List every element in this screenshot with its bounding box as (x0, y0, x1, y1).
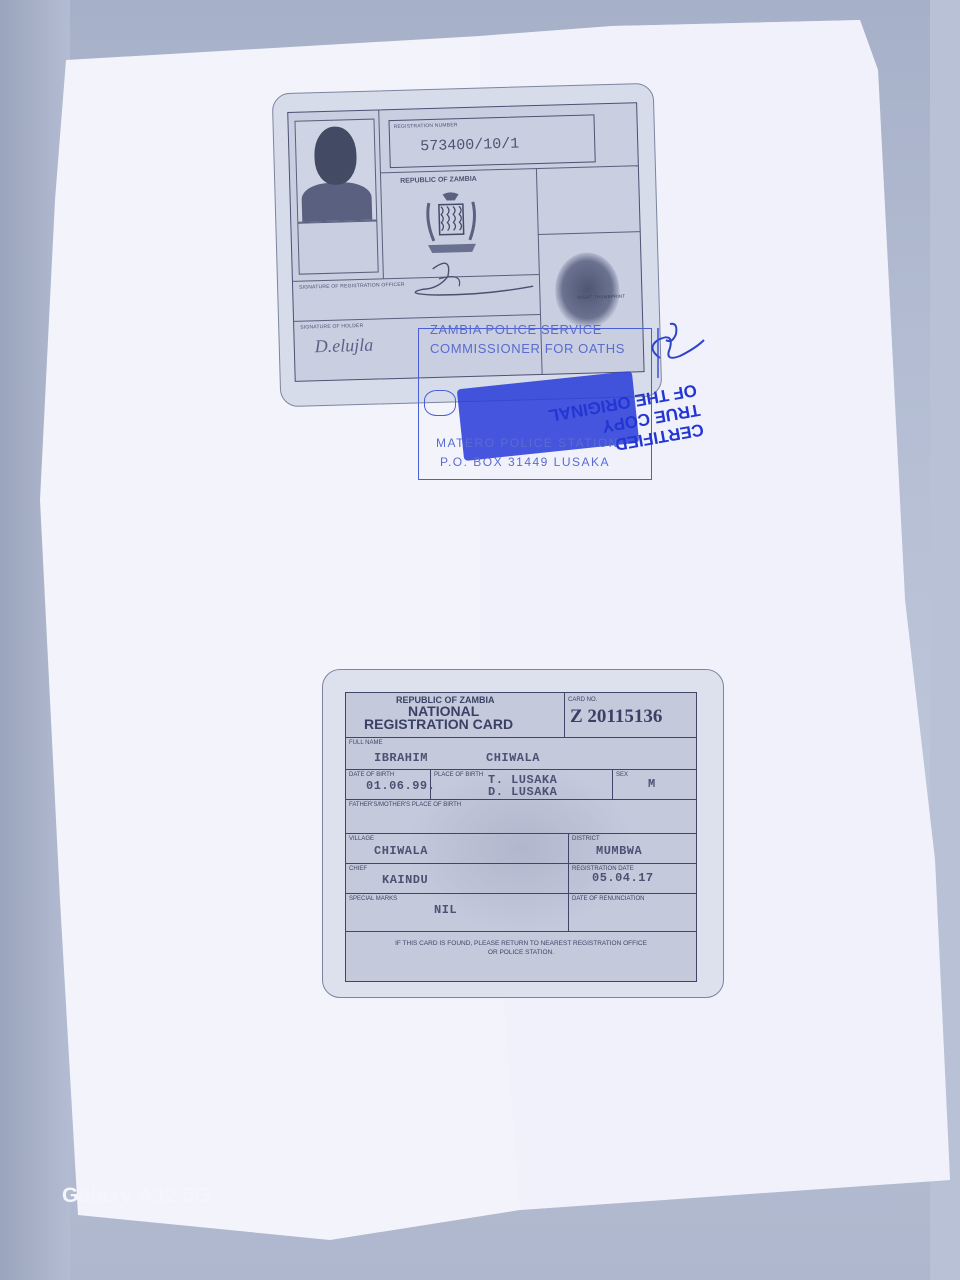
nrc-front-copy: REPUBLIC OF ZAMBIA NATIONAL REGISTRATION… (322, 669, 724, 998)
surname: CHIWALA (486, 751, 540, 765)
stamp-line-3: MATERO POLICE STATION (436, 436, 619, 450)
coat-of-arms-icon (420, 190, 482, 258)
divider (346, 737, 696, 738)
thumbprint (554, 252, 620, 328)
chief-label: CHIEF (349, 866, 367, 872)
stamp-line-4: P.O. BOX 31449 LUSAKA (440, 455, 610, 469)
registration-date: 05.04.17 (592, 871, 654, 885)
village-label: VILLAGE (349, 836, 374, 842)
photo-body-shape (301, 182, 372, 223)
nrc-front-frame: REPUBLIC OF ZAMBIA NATIONAL REGISTRATION… (345, 692, 697, 982)
registration-number-box: Registration Number 573400/10/1 (388, 114, 595, 168)
registration-number-label: Registration Number (394, 122, 458, 130)
divider (346, 833, 696, 834)
special-marks: NIL (434, 903, 457, 917)
card-number: Z 20115136 (570, 706, 662, 728)
card-no-label: CARD No. (568, 697, 597, 703)
card-title-line-2: REGISTRATION CARD (364, 718, 513, 731)
divider (346, 863, 696, 864)
parents-pob-label: FATHER'S/MOTHER'S PLACE OF BIRTH (349, 802, 461, 808)
sex-label: SEX (616, 772, 628, 778)
camera-watermark: Galaxy A32 5G (62, 1184, 211, 1208)
renunciation-label: DATE OF RENUNCIATION (572, 896, 644, 902)
village: CHIWALA (374, 844, 428, 858)
commissioner-signature (640, 318, 710, 378)
divider (568, 833, 569, 931)
divider (346, 931, 696, 932)
divider (294, 314, 540, 322)
divider (346, 769, 696, 770)
dob-label: DATE OF BIRTH (349, 772, 394, 778)
divider (538, 231, 640, 235)
district: MUMBWA (596, 844, 642, 858)
holder-signature: D.elujla (314, 335, 373, 358)
photo-head-shape (314, 126, 358, 185)
holder-photo (294, 119, 377, 223)
divider (564, 693, 565, 737)
stamp-line-1: ZAMBIA POLICE SERVICE (430, 322, 602, 337)
sex: M (648, 777, 656, 791)
signature-officer-label: Signature of Registration Officer (299, 282, 405, 291)
return-notice-line-2: OR POLICE STATION. (346, 948, 696, 957)
officer-signature (392, 256, 543, 310)
registration-number: 573400/10/1 (420, 136, 519, 156)
place-of-birth-district: D. LUSAKA (488, 785, 557, 799)
district-label: DISTRICT (572, 836, 600, 842)
full-name-label: FULL NAME (349, 740, 382, 746)
return-notice-line-1: IF THIS CARD IS FOUND, PLEASE RETURN TO … (346, 939, 696, 948)
chief: KAINDU (382, 873, 428, 887)
divider (346, 893, 696, 894)
photo-lower-box (297, 220, 378, 274)
divider (378, 110, 384, 278)
divider (612, 769, 613, 799)
police-emblem-icon (424, 390, 456, 416)
signature-holder-label: Signature of Holder (300, 323, 363, 331)
date-of-birth: 01.06.99. (366, 779, 435, 793)
divider (346, 799, 696, 800)
first-name: IBRAHIM (374, 751, 428, 765)
coat-of-arms-label: REPUBLIC OF ZAMBIA (400, 176, 477, 185)
stamp-line-2: COMMISSIONER FOR OATHS (430, 341, 625, 356)
special-marks-label: SPECIAL MARKS (349, 896, 397, 902)
pob-label: PLACE OF BIRTH (434, 772, 483, 778)
